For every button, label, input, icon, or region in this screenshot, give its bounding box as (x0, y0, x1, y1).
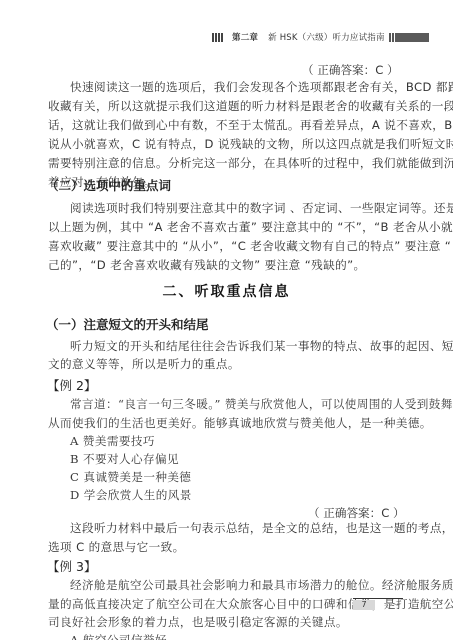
header-block-decoration (389, 33, 429, 42)
option-d: D 学会欣赏人生的风景 (70, 488, 406, 502)
passage-line: 常言道：“良言一句三冬暖。” 赞美与欣赏他人，可以使周围的人受到鼓舞， (70, 397, 406, 411)
example-3-label: 【例 3】 (47, 557, 96, 575)
passage-line: 司良好社会形象的着力点，也是吸引稳定客源的关键点。 (48, 615, 406, 629)
page-footer: 7 >>>> (353, 598, 403, 612)
header-book-title: 新 HSK（六级）听力应试指南 (268, 31, 385, 43)
option-b: B 不要对人心存偏见 (70, 452, 406, 466)
paragraph-line: 听力短文的开头和结尾往往会告诉我们某一事物的特点、故事的起因、短 (70, 339, 406, 353)
paragraph-line: 以上题为例，其中 “A 老舍不喜欢古董” 要注意其中的 “不”，“B 老舍从小就 (48, 220, 406, 234)
paragraph-line: 话，这就让我们做到心中有数，不至于太慌乱。再看差异点，A 说不喜欢，B (48, 118, 406, 132)
paragraph-line: 文的意义等等，所以是听力的重点。 (48, 357, 406, 371)
paragraph-line: 快速阅读这一题的选项后，我们会发现各个选项都跟老舍有关，BCD 都跟 (70, 80, 406, 94)
example-2-label: 【例 2】 (47, 376, 96, 394)
chevrons-right-icon: >>>> (384, 600, 401, 610)
page-number: 7 (353, 600, 375, 610)
option-c: C 真诚赞美是一种美德 (70, 470, 406, 484)
subsection-heading-2: （二）选项中的重点词 (46, 176, 171, 194)
option-a: A 航空公司信誉好 (70, 633, 406, 640)
paragraph-line: 喜欢收藏” 要注意其中的 “从小”，“C 老舍收藏文物有自己的特点” 要注意 “… (48, 239, 406, 253)
paragraph-line: 选项 C 的意思与它一致。 (48, 540, 406, 554)
footer-rule (353, 598, 403, 599)
subsection-heading-1: （一）注意短文的开头和结尾 (46, 315, 209, 333)
header-chapter: 第二章 (232, 31, 258, 43)
paragraph-line: 说从小就喜欢，C 说有特点，D 说残缺的文物，所以这四点就是我们听短文时 (48, 137, 406, 151)
option-a: A 赞美需要技巧 (70, 434, 406, 448)
running-header: 第二章 新 HSK（六级）听力应试指南 (212, 31, 429, 43)
header-bars-decoration (212, 33, 223, 42)
passage-line: 经济舱是航空公司最具社会影响力和最具市场潜力的舱位。经济舱服务质 (70, 578, 406, 592)
paragraph-line: 阅读选项时我们特别要注意其中的数字词 、否定词、一些限定词等。还是 (70, 201, 406, 215)
section-title: 二、听取重点信息 (0, 281, 453, 301)
answer-label-example2: （ 正确答案：C ） (308, 505, 405, 521)
paragraph-line: 己的”，“D 老舍喜欢收藏有残缺的文物” 要注意 “残缺的”。 (48, 258, 406, 272)
passage-line: 从而使我们的生活也更美好。能够真诚地欣赏与赞美他人，是一种美德。 (48, 416, 406, 430)
paragraph-line: 这段听力材料中最后一句表示总结，是全文的总结，也是这一题的考点， (70, 521, 406, 535)
answer-label-example1: （ 正确答案：C ） (302, 62, 399, 78)
paragraph-line: 需要特别注意的信息。分析完这一部分，在具体听的过程中，我们就能做到沉 (48, 156, 406, 170)
paragraph-line: 收藏有关，所以这就提示我们这道题的听力材料是跟老舍的收藏有关系的一段 (48, 99, 406, 113)
